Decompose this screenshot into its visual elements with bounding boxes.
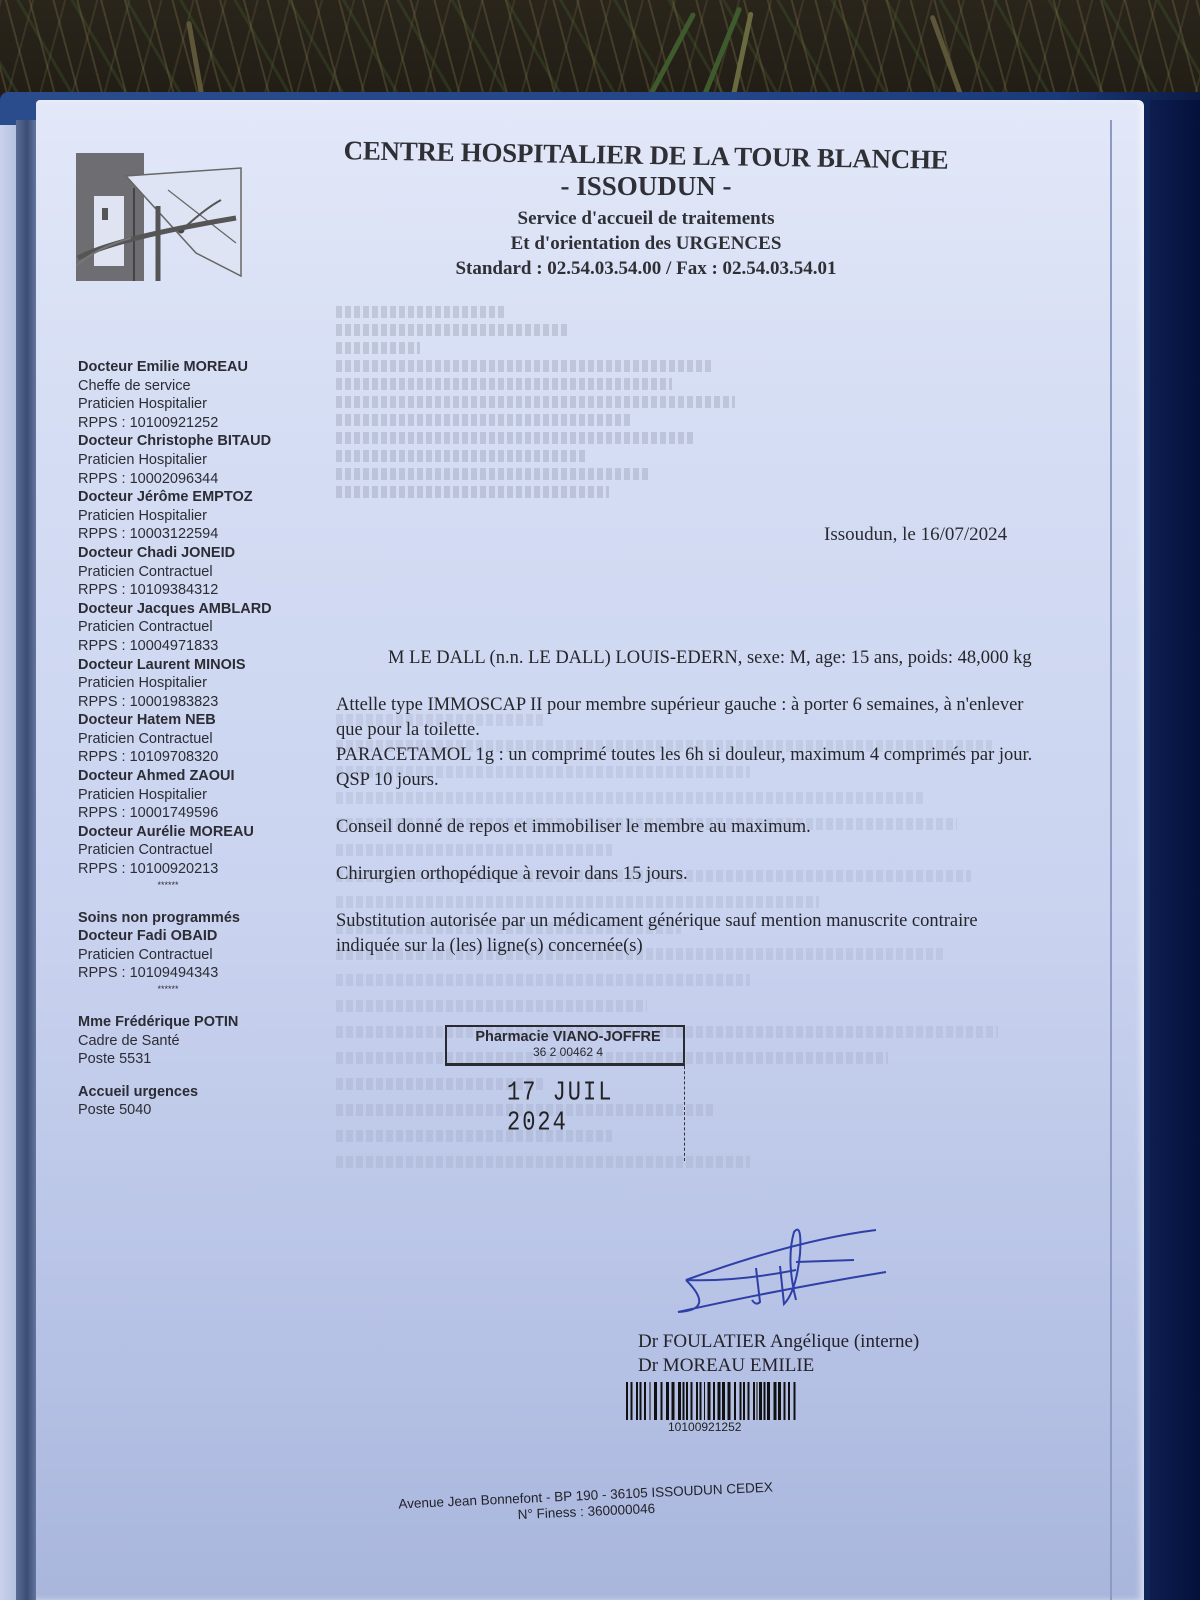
doctor-name: Docteur Jérôme EMPTOZ xyxy=(78,488,318,507)
doctor-name: Docteur Christophe BITAUD xyxy=(78,432,318,451)
doctor-rpps: RPPS : 10109494343 xyxy=(78,964,318,983)
doctor-rpps: RPPS : 10100921252 xyxy=(78,414,318,433)
doctor-rpps: RPPS : 10109708320 xyxy=(78,748,318,767)
doctor-entry: Docteur Jérôme EMPTOZ Praticien Hospital… xyxy=(78,488,318,544)
signers: Dr FOULATIER Angélique (interne) Dr MORE… xyxy=(638,1330,919,1378)
doctor-role: Praticien Hospitalier xyxy=(78,507,318,526)
staff-sidebar: Docteur Emilie MOREAU Cheffe de service … xyxy=(78,358,318,1120)
document-date: Issoudun, le 16/07/2024 xyxy=(824,524,1007,546)
pharmacy-stamp: Pharmacie VIANO-JOFFRE 36 2 00462 4 17 J… xyxy=(445,1025,685,1165)
hospital-footer: Avenue Jean Bonnefont - BP 190 - 36105 I… xyxy=(375,1478,796,1529)
doctor-role: Praticien Contractuel xyxy=(78,946,318,965)
follow-up: Chirurgien orthopédique à revoir dans 15… xyxy=(336,862,1036,887)
prescription-document: CENTRE HOSPITALIER DE LA TOUR BLANCHE - … xyxy=(36,100,1144,1600)
doctor-entry: Docteur Aurélie MOREAU Praticien Contrac… xyxy=(78,823,318,879)
signer-physician: Dr MOREAU EMILIE xyxy=(638,1354,919,1378)
doctor-name: Docteur Fadi OBAID xyxy=(78,927,318,946)
show-through-text xyxy=(336,300,756,600)
doctor-rpps: RPPS : 10004971833 xyxy=(78,637,318,656)
doctor-role: Praticien Hospitalier xyxy=(78,786,318,805)
manager-role: Cadre de Santé xyxy=(78,1032,318,1051)
doctor-role: Praticien Hospitalier xyxy=(78,395,318,414)
doctor-name: Docteur Laurent MINOIS xyxy=(78,656,318,675)
reception-entry: Accueil urgences Poste 5040 xyxy=(78,1083,318,1120)
hospital-header: CENTRE HOSPITALIER DE LA TOUR BLANCHE - … xyxy=(286,140,1006,281)
substitution-notice: Substitution autorisée par un médicament… xyxy=(336,909,1036,959)
prescription-body: M LE DALL (n.n. LE DALL) LOUIS-EDERN, se… xyxy=(336,646,1036,981)
doctor-entry: Docteur Christophe BITAUD Praticien Hosp… xyxy=(78,432,318,488)
doctor-role: Praticien Contractuel xyxy=(78,563,318,582)
section-heading: Soins non programmés xyxy=(78,909,318,928)
hospital-logo-icon xyxy=(76,148,246,283)
doctor-rpps: RPPS : 10100920213 xyxy=(78,860,318,879)
reception-name: Accueil urgences xyxy=(78,1083,318,1102)
grass-blade xyxy=(186,21,205,101)
pharmacy-code: 36 2 00462 4 xyxy=(457,1045,679,1059)
doctor-entry: Docteur Emilie MOREAU Cheffe de service … xyxy=(78,358,318,432)
doctor-name: Docteur Aurélie MOREAU xyxy=(78,823,318,842)
hospital-city: - ISSOUDUN - xyxy=(286,171,1006,202)
prescription-item-paracetamol: PARACETAMOL 1g : un comprimé toutes les … xyxy=(336,743,1036,793)
doctor-rpps: RPPS : 10003122594 xyxy=(78,525,318,544)
barcode-number: 10100921252 xyxy=(668,1420,741,1434)
service-line-2: Et d'orientation des URGENCES xyxy=(286,231,1006,256)
doctor-entry: Docteur Laurent MINOIS Praticien Hospita… xyxy=(78,656,318,712)
signer-intern: Dr FOULATIER Angélique (interne) xyxy=(638,1330,919,1354)
doctor-role: Praticien Hospitalier xyxy=(78,451,318,470)
stamp-date: 17 JUIL 2024 xyxy=(507,1078,685,1138)
doctor-role: Praticien Hospitalier xyxy=(78,674,318,693)
patient-info: M LE DALL (n.n. LE DALL) LOUIS-EDERN, se… xyxy=(336,646,1036,671)
doctor-name: Docteur Jacques AMBLARD xyxy=(78,600,318,619)
doctor-rpps: RPPS : 10109384312 xyxy=(78,581,318,600)
signature-icon xyxy=(676,1220,906,1320)
manager-phone: Poste 5531 xyxy=(78,1050,318,1069)
doctor-entry: Docteur Chadi JONEID Praticien Contractu… xyxy=(78,544,318,600)
doctor-role: Praticien Contractuel xyxy=(78,841,318,860)
separator: ****** xyxy=(78,879,258,891)
reception-phone: Poste 5040 xyxy=(78,1101,318,1120)
medical-advice: Conseil donné de repos et immobiliser le… xyxy=(336,815,1036,840)
folder-spine xyxy=(16,120,38,1600)
doctor-name: Docteur Ahmed ZAOUI xyxy=(78,767,318,786)
phone-fax-line: Standard : 02.54.03.54.00 / Fax : 02.54.… xyxy=(286,256,1006,281)
manager-name: Mme Frédérique POTIN xyxy=(78,1013,318,1032)
doctor-rpps: RPPS : 10001749596 xyxy=(78,804,318,823)
doctor-name: Docteur Hatem NEB xyxy=(78,711,318,730)
doctor-entry: Docteur Ahmed ZAOUI Praticien Hospitalie… xyxy=(78,767,318,823)
doctor-role: Praticien Contractuel xyxy=(78,730,318,749)
doctor-name: Docteur Emilie MOREAU xyxy=(78,358,318,377)
grass-blade xyxy=(929,15,964,101)
separator: ****** xyxy=(78,983,258,995)
doctor-rpps: RPPS : 10002096344 xyxy=(78,470,318,489)
unscheduled-care-entry: Soins non programmés Docteur Fadi OBAID … xyxy=(78,909,318,983)
doctor-entry: Docteur Hatem NEB Praticien Contractuel … xyxy=(78,711,318,767)
folder-cover-edge xyxy=(1150,100,1200,1600)
rpps-barcode xyxy=(624,1382,800,1420)
doctor-role: Praticien Contractuel xyxy=(78,618,318,637)
prescription-item-splint: Attelle type IMMOSCAP II pour membre sup… xyxy=(336,693,1036,743)
doctor-rpps: RPPS : 10001983823 xyxy=(78,693,318,712)
doctor-role: Cheffe de service xyxy=(78,377,318,396)
service-line-1: Service d'accueil de traitements xyxy=(286,206,1006,231)
doctor-name: Docteur Chadi JONEID xyxy=(78,544,318,563)
doctor-entry: Docteur Jacques AMBLARD Praticien Contra… xyxy=(78,600,318,656)
pharmacy-name: Pharmacie VIANO-JOFFRE xyxy=(457,1029,679,1045)
manager-entry: Mme Frédérique POTIN Cadre de Santé Post… xyxy=(78,1013,318,1069)
